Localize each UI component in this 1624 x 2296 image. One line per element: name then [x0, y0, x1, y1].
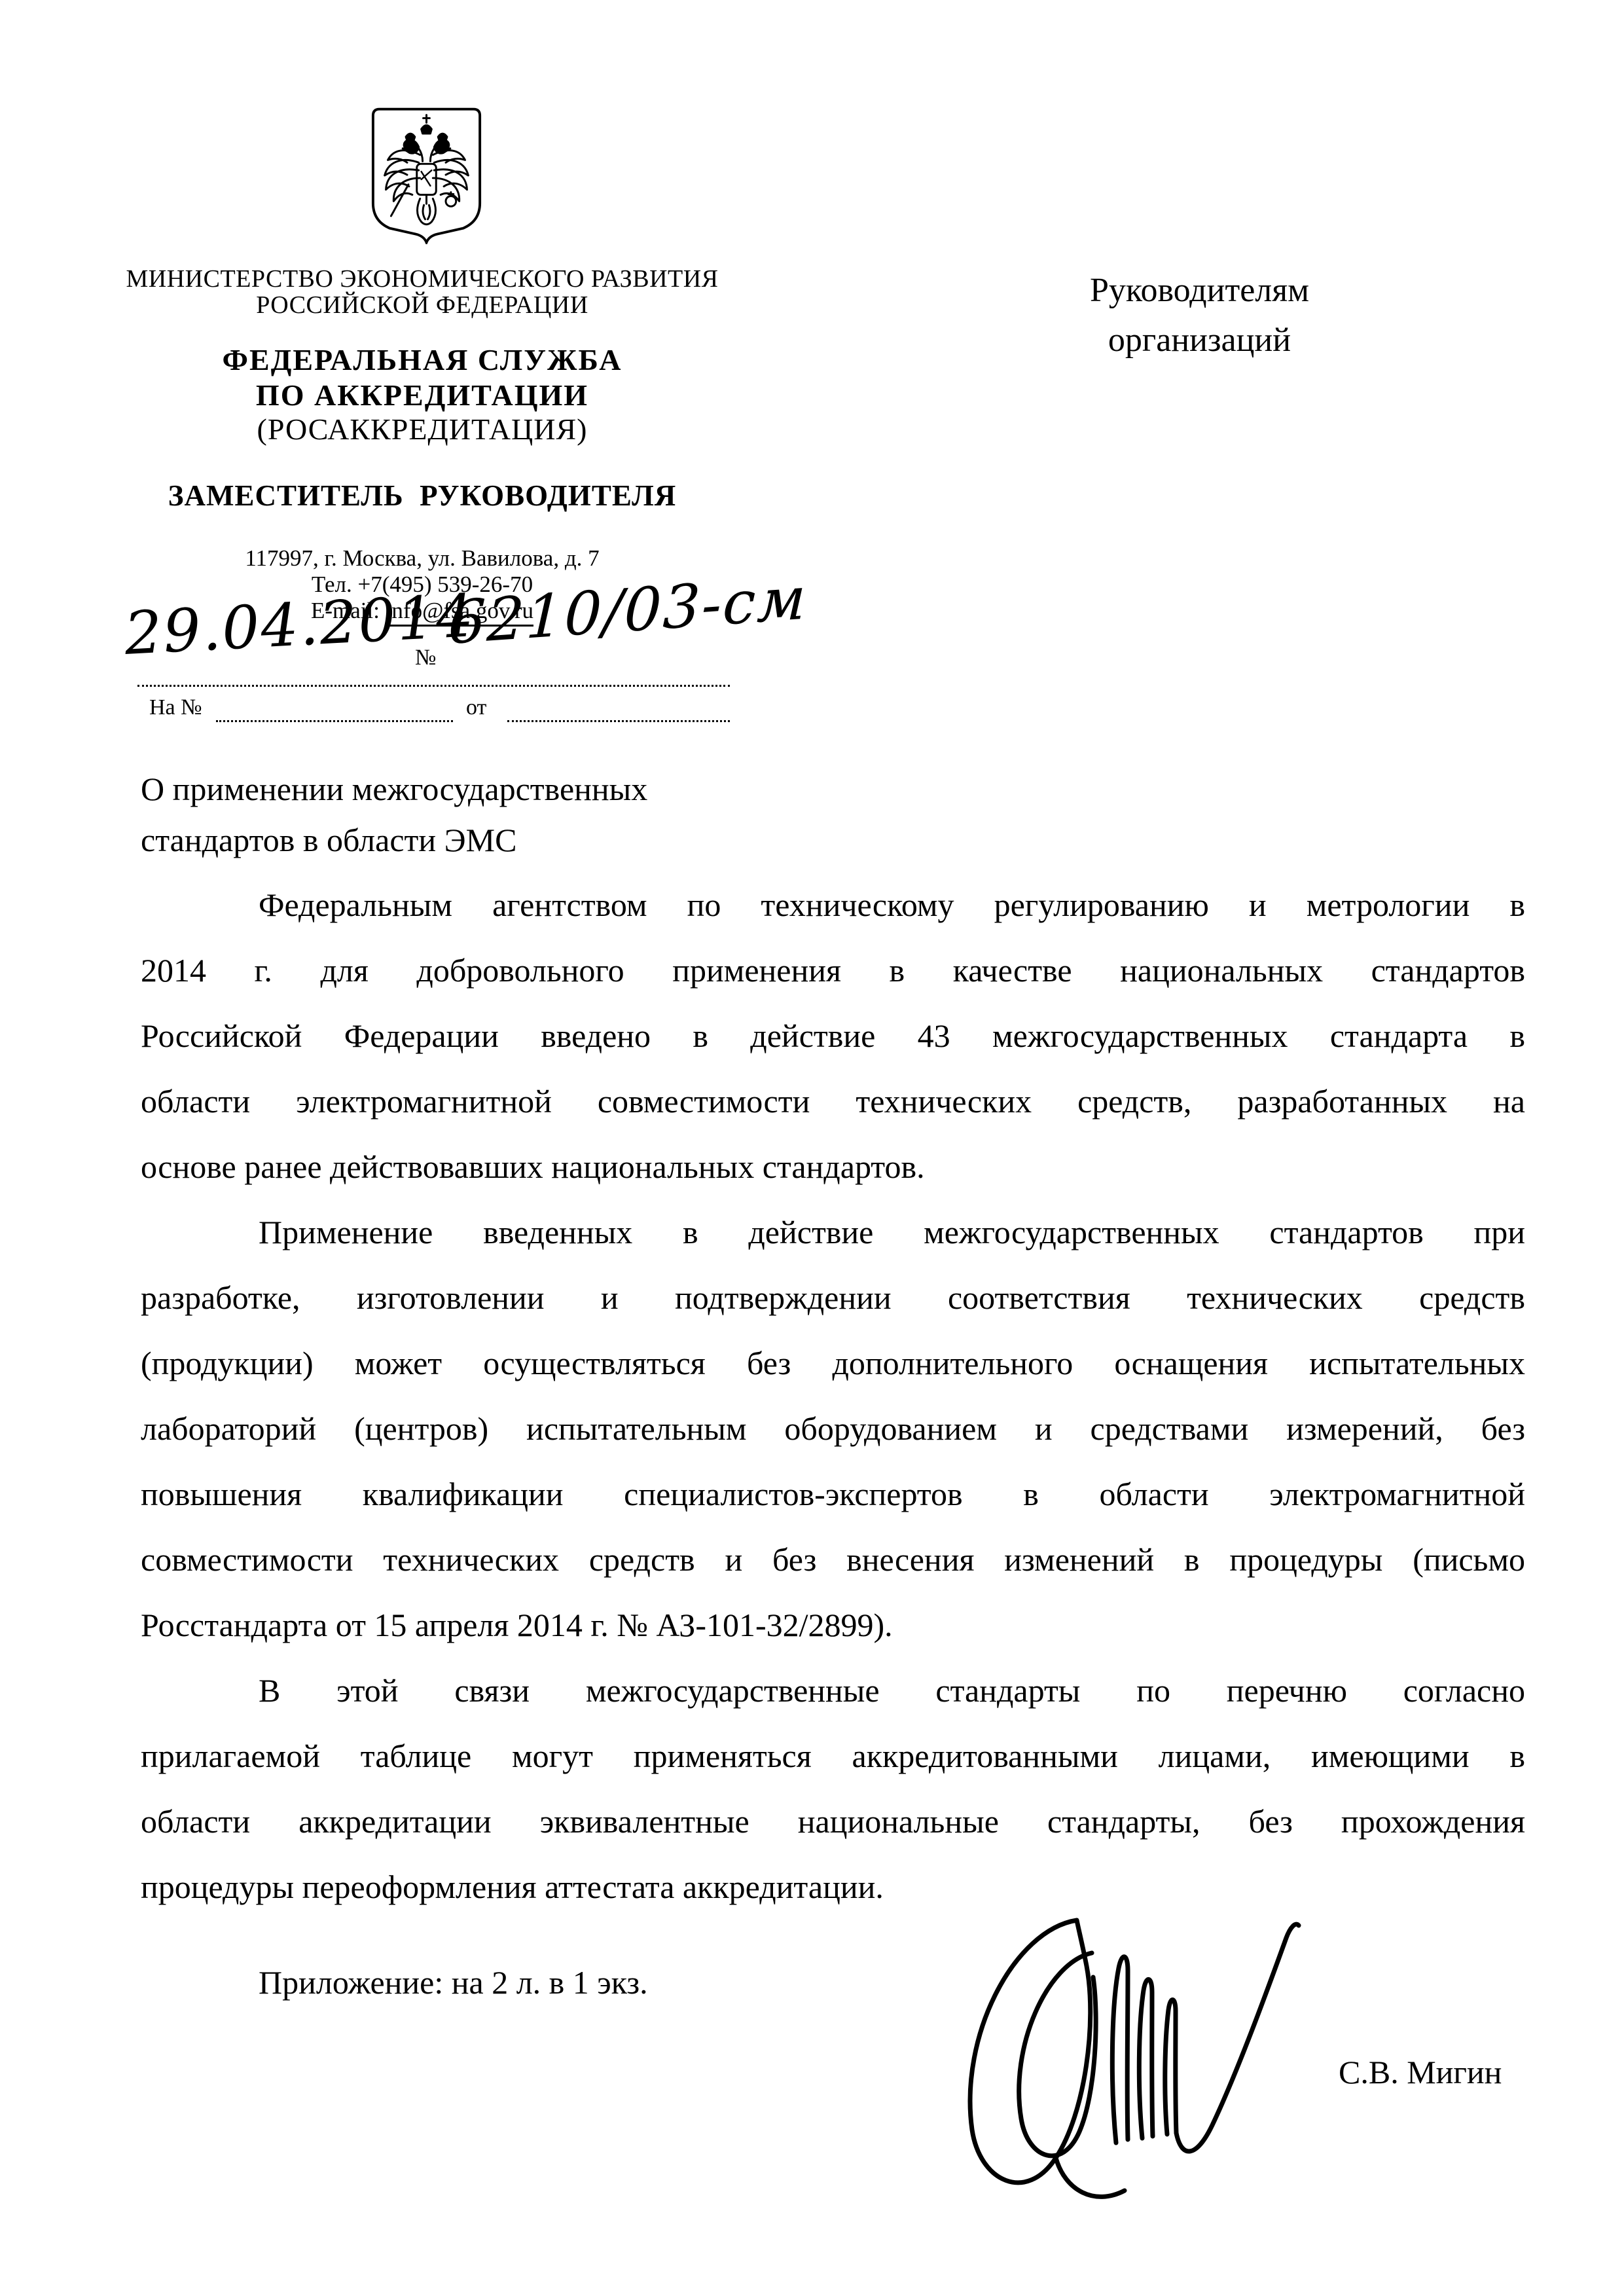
subject-block: О применении межгосударственных стандарт…	[141, 763, 782, 866]
service-name-line1: ФЕДЕРАЛЬНАЯ СЛУЖБА	[108, 344, 736, 376]
postal-address: 117997, г. Москва, ул. Вавилова, д. 7	[108, 546, 736, 571]
ministry-name-line2: РОССИЙСКОЙ ФЕДЕРАЦИИ	[108, 292, 736, 318]
body-line: области электромагнитной совместимости т…	[141, 1068, 1525, 1134]
addressee-line2: организаций	[1054, 316, 1345, 365]
coat-of-arms-icon	[369, 107, 484, 244]
paragraph-2: Применение введенных в действие межгосуд…	[141, 1199, 1525, 1658]
body-line: Российской Федерации введено в действие …	[141, 1003, 1525, 1068]
body-line: совместимости технических средств и без …	[141, 1527, 1525, 1592]
reply-to-label: На №	[149, 695, 202, 720]
signer-name: С.В. Мигин	[1339, 2053, 1502, 2091]
service-short-name: (РОСАККРЕДИТАЦИЯ)	[108, 414, 736, 445]
attachment-note: Приложение: на 2 л. в 1 экз.	[141, 1950, 1525, 2015]
reply-from-label: от	[466, 695, 486, 720]
registration-fill-line	[137, 665, 730, 687]
body-line: В этой связи межгосударственные стандарт…	[141, 1658, 1525, 1723]
body-line: 2014 г. для добровольного применения в к…	[141, 938, 1525, 1003]
handwritten-signature	[929, 1884, 1309, 2231]
body-line: (продукции) может осуществляться без доп…	[141, 1330, 1525, 1396]
paragraph-1: Федеральным агентством по техническому р…	[141, 872, 1525, 1199]
body-line: Федеральным агентством по техническому р…	[141, 872, 1525, 938]
addressee-block: Руководителям организаций	[1054, 266, 1345, 365]
body-line: повышения квалификации специалистов-эксп…	[141, 1461, 1525, 1527]
letter-body: Федеральным агентством по техническому р…	[141, 872, 1525, 2015]
body-line: процедуры переоформления аттестата аккре…	[141, 1854, 1525, 1920]
service-name-line2: ПО АККРЕДИТАЦИИ	[108, 380, 736, 411]
subject-line2: стандартов в области ЭМС	[141, 814, 782, 866]
ministry-name-line1: МИНИСТЕРСТВО ЭКОНОМИЧЕСКОГО РАЗВИТИЯ	[108, 266, 736, 292]
paragraph-3: В этой связи межгосударственные стандарт…	[141, 1658, 1525, 1920]
body-line: прилагаемой таблице могут применяться ак…	[141, 1723, 1525, 1789]
reply-number-fill-line	[216, 698, 453, 722]
body-line: Росстандарта от 15 апреля 2014 г. № АЗ-1…	[141, 1592, 1525, 1658]
body-line: области аккредитации эквивалентные нацио…	[141, 1789, 1525, 1854]
position-title: ЗАМЕСТИТЕЛЬ РУКОВОДИТЕЛЯ	[108, 480, 736, 511]
body-line: лабораторий (центров) испытательным обор…	[141, 1396, 1525, 1461]
body-line: разработке, изготовлении и подтверждении…	[141, 1265, 1525, 1330]
body-line: основе ранее действовавших национальных …	[141, 1134, 1525, 1199]
addressee-line1: Руководителям	[1054, 266, 1345, 316]
subject-line1: О применении межгосударственных	[141, 763, 782, 814]
scanned-letter-page: МИНИСТЕРСТВО ЭКОНОМИЧЕСКОГО РАЗВИТИЯ РОС…	[0, 0, 1624, 2296]
reply-date-fill-line	[507, 698, 730, 722]
body-line: Применение введенных в действие межгосуд…	[141, 1199, 1525, 1265]
